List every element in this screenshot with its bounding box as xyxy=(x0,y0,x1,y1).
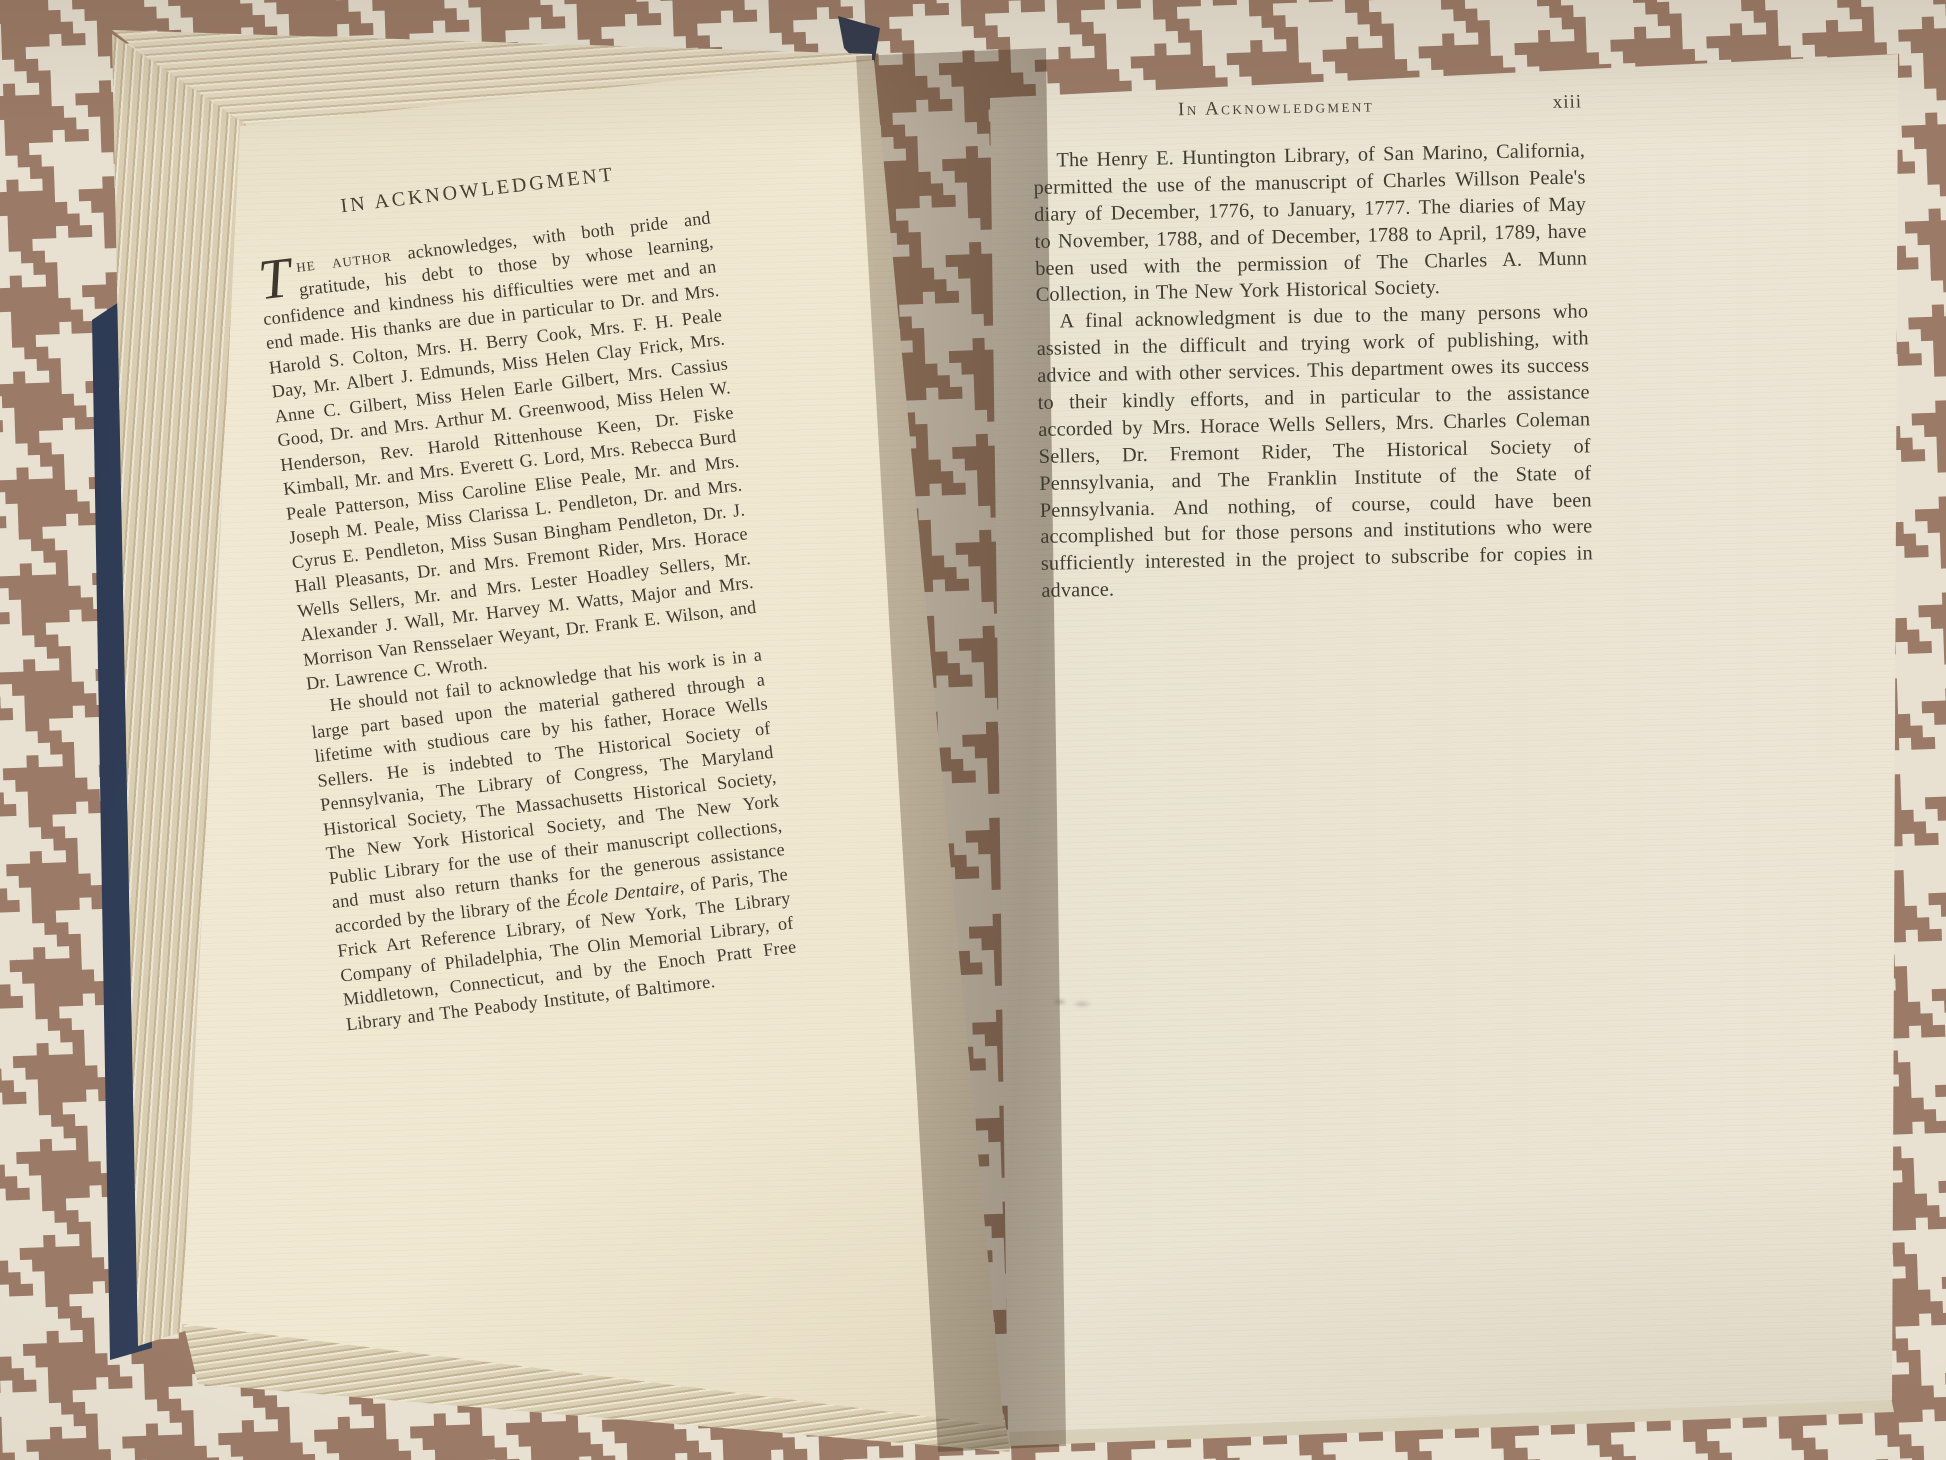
left-paragraph-1: The author acknowledges, with both pride… xyxy=(256,205,760,696)
right-paragraph-2: A final acknowledgment is due to the man… xyxy=(1036,299,1594,605)
right-paragraph-1: The Henry E. Huntington Library, of San … xyxy=(1033,137,1588,309)
drop-cap-initial: T xyxy=(256,254,300,302)
left-paragraph-2-text-a: He should not fail to acknowledge that h… xyxy=(311,645,786,937)
left-paragraph-1-text: acknowledges, with both pride and gratit… xyxy=(262,207,757,693)
left-paragraph-2: He should not fail to acknowledge that h… xyxy=(308,643,801,1036)
paper-smudge xyxy=(1046,994,1098,1010)
left-page-text-block: IN ACKNOWLEDGMENT The author acknowledge… xyxy=(250,153,800,1036)
page-number: xiii xyxy=(1553,91,1583,114)
right-page-text-block: In Acknowledgment xiii The Henry E. Hunt… xyxy=(1032,91,1594,605)
